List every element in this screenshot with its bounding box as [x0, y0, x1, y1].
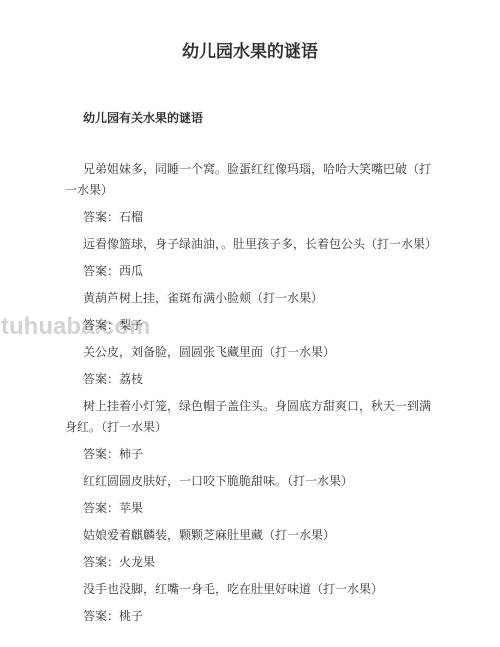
- document-page: tuhuaba.com 幼儿园水果的谜语 幼儿园有关水果的谜语 兄弟姐妹多，同睡…: [0, 0, 500, 647]
- answer-value: 荔枝: [119, 372, 143, 386]
- answer-label: 答案：: [83, 210, 119, 224]
- riddle-question: 红红圆圆皮肤好，一口咬下脆脆甜味。（打一水果）: [65, 471, 435, 492]
- answer-label: 答案：: [83, 609, 119, 623]
- riddle-question: 姑娘爱着麒麟装，颗颗芝麻肚里藏（打一水果）: [65, 525, 435, 546]
- answer-label: 答案：: [83, 318, 119, 332]
- riddle-answer: 答案：火龙果: [65, 552, 435, 573]
- answer-value: 桃子: [119, 609, 143, 623]
- riddle-question: 远看像篮球，身子绿油油，。肚里孩子多，长着包公头（打一水果）: [65, 234, 435, 255]
- answer-label: 答案：: [83, 447, 119, 461]
- riddle-answer: 答案：桃子: [65, 606, 435, 627]
- riddle-answer: 答案：柿子: [65, 444, 435, 465]
- answer-value: 苹果: [119, 501, 143, 515]
- answer-value: 梨子: [119, 318, 143, 332]
- answer-value: 柿子: [119, 447, 143, 461]
- answer-label: 答案：: [83, 501, 119, 515]
- answer-label: 答案：: [83, 555, 119, 569]
- page-title: 幼儿园水果的谜语: [0, 0, 500, 64]
- answer-value: 西瓜: [119, 264, 143, 278]
- answer-label: 答案：: [83, 264, 119, 278]
- riddle-question: 关公皮，刘备脸，圆圆张飞藏里面（打一水果）: [65, 342, 435, 363]
- riddle-question: 没手也没脚，红嘴一身毛，吃在肚里好味道（打一水果）: [65, 579, 435, 600]
- subtitle: 幼儿园有关水果的谜语: [65, 108, 435, 129]
- riddle-question: 树上挂着小灯笼，绿色帽子盖住头。身圆底方甜爽口，秋天一到满身红。（打一水果）: [65, 396, 435, 438]
- riddle-question: 黄葫芦树上挂，雀斑布满小脸颊（打一水果）: [65, 288, 435, 309]
- answer-value: 火龙果: [119, 555, 155, 569]
- riddle-answer: 答案：梨子: [65, 315, 435, 336]
- answer-label: 答案：: [83, 372, 119, 386]
- riddle-answer: 答案：西瓜: [65, 261, 435, 282]
- riddle-answer: 答案：荔枝: [65, 369, 435, 390]
- riddle-answer: 答案：苹果: [65, 498, 435, 519]
- riddle-answer: 答案：石榴: [65, 207, 435, 228]
- riddle-list: 兄弟姐妹多，同睡一个窝。脸蛋红红像玛瑙，哈哈大笑嘴巴破（打一水果） 答案：石榴 …: [65, 159, 435, 627]
- answer-value: 石榴: [119, 210, 143, 224]
- riddle-question: 兄弟姐妹多，同睡一个窝。脸蛋红红像玛瑙，哈哈大笑嘴巴破（打一水果）: [65, 159, 435, 201]
